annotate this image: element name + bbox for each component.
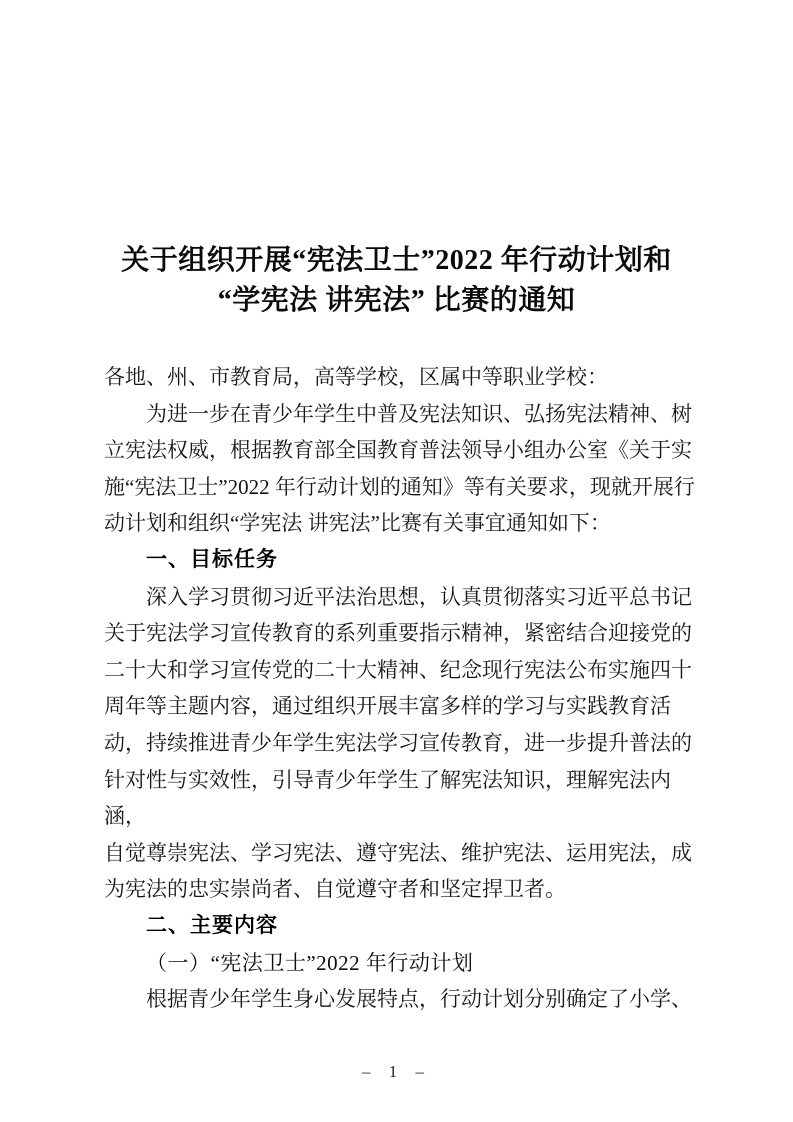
paragraph-line: 为宪法的忠实崇尚者、自觉遵守者和坚定捍卫者。	[104, 871, 696, 908]
title-line: “学宪法 讲宪法” 比赛的通知	[0, 281, 793, 321]
section-heading-2: 二、主要内容	[104, 908, 696, 945]
paragraph-line: 立宪法权威，根据教育部全国教育普法领导小组办公室《关于实	[104, 432, 696, 469]
paragraph-line: 根据青少年学生身心发展特点，行动计划分别确定了小学、	[104, 981, 696, 1018]
paragraph-line: 针对性与实效性，引导青少年学生了解宪法知识，理解宪法内涵，	[104, 762, 696, 835]
paragraph-line: 深入学习贯彻习近平法治思想，认真贯彻落实习近平总书记	[104, 579, 696, 616]
paragraph-line: 自觉尊崇宪法、学习宪法、遵守宪法、维护宪法、运用宪法，成	[104, 835, 696, 872]
title-line: 关于组织开展“宪法卫士”2022 年行动计划和	[0, 241, 793, 281]
document-body: 各地、州、市教育局，高等学校，区属中等职业学校： 为进一步在青少年学生中普及宪法…	[104, 359, 696, 1018]
paragraph-line: 二十大和学习宣传党的二十大精神、纪念现行宪法公布实施四十	[104, 652, 696, 689]
section-heading-1: 一、目标任务	[104, 542, 696, 579]
document-title: 关于组织开展“宪法卫士”2022 年行动计划和 “学宪法 讲宪法” 比赛的通知	[0, 0, 793, 321]
paragraph-line: 为进一步在青少年学生中普及宪法知识、弘扬宪法精神、树	[104, 396, 696, 433]
subsection-heading: （一）“宪法卫士”2022 年行动计划	[104, 945, 696, 982]
paragraph-line: 动，持续推进青少年学生宪法学习宣传教育，进一步提升普法的	[104, 725, 696, 762]
paragraph-line: 动计划和组织“学宪法 讲宪法”比赛有关事宜通知如下：	[104, 505, 696, 542]
document-page: 关于组织开展“宪法卫士”2022 年行动计划和 “学宪法 讲宪法” 比赛的通知 …	[0, 0, 793, 1122]
paragraph-line: 施“宪法卫士”2022 年行动计划的通知》等有关要求，现就开展行	[104, 469, 696, 506]
salutation-line: 各地、州、市教育局，高等学校，区属中等职业学校：	[104, 359, 696, 396]
page-number: – 1 –	[0, 1062, 793, 1082]
paragraph-line: 周年等主题内容，通过组织开展丰富多样的学习与实践教育活	[104, 688, 696, 725]
paragraph-line: 关于宪法学习宣传教育的系列重要指示精神，紧密结合迎接党的	[104, 615, 696, 652]
